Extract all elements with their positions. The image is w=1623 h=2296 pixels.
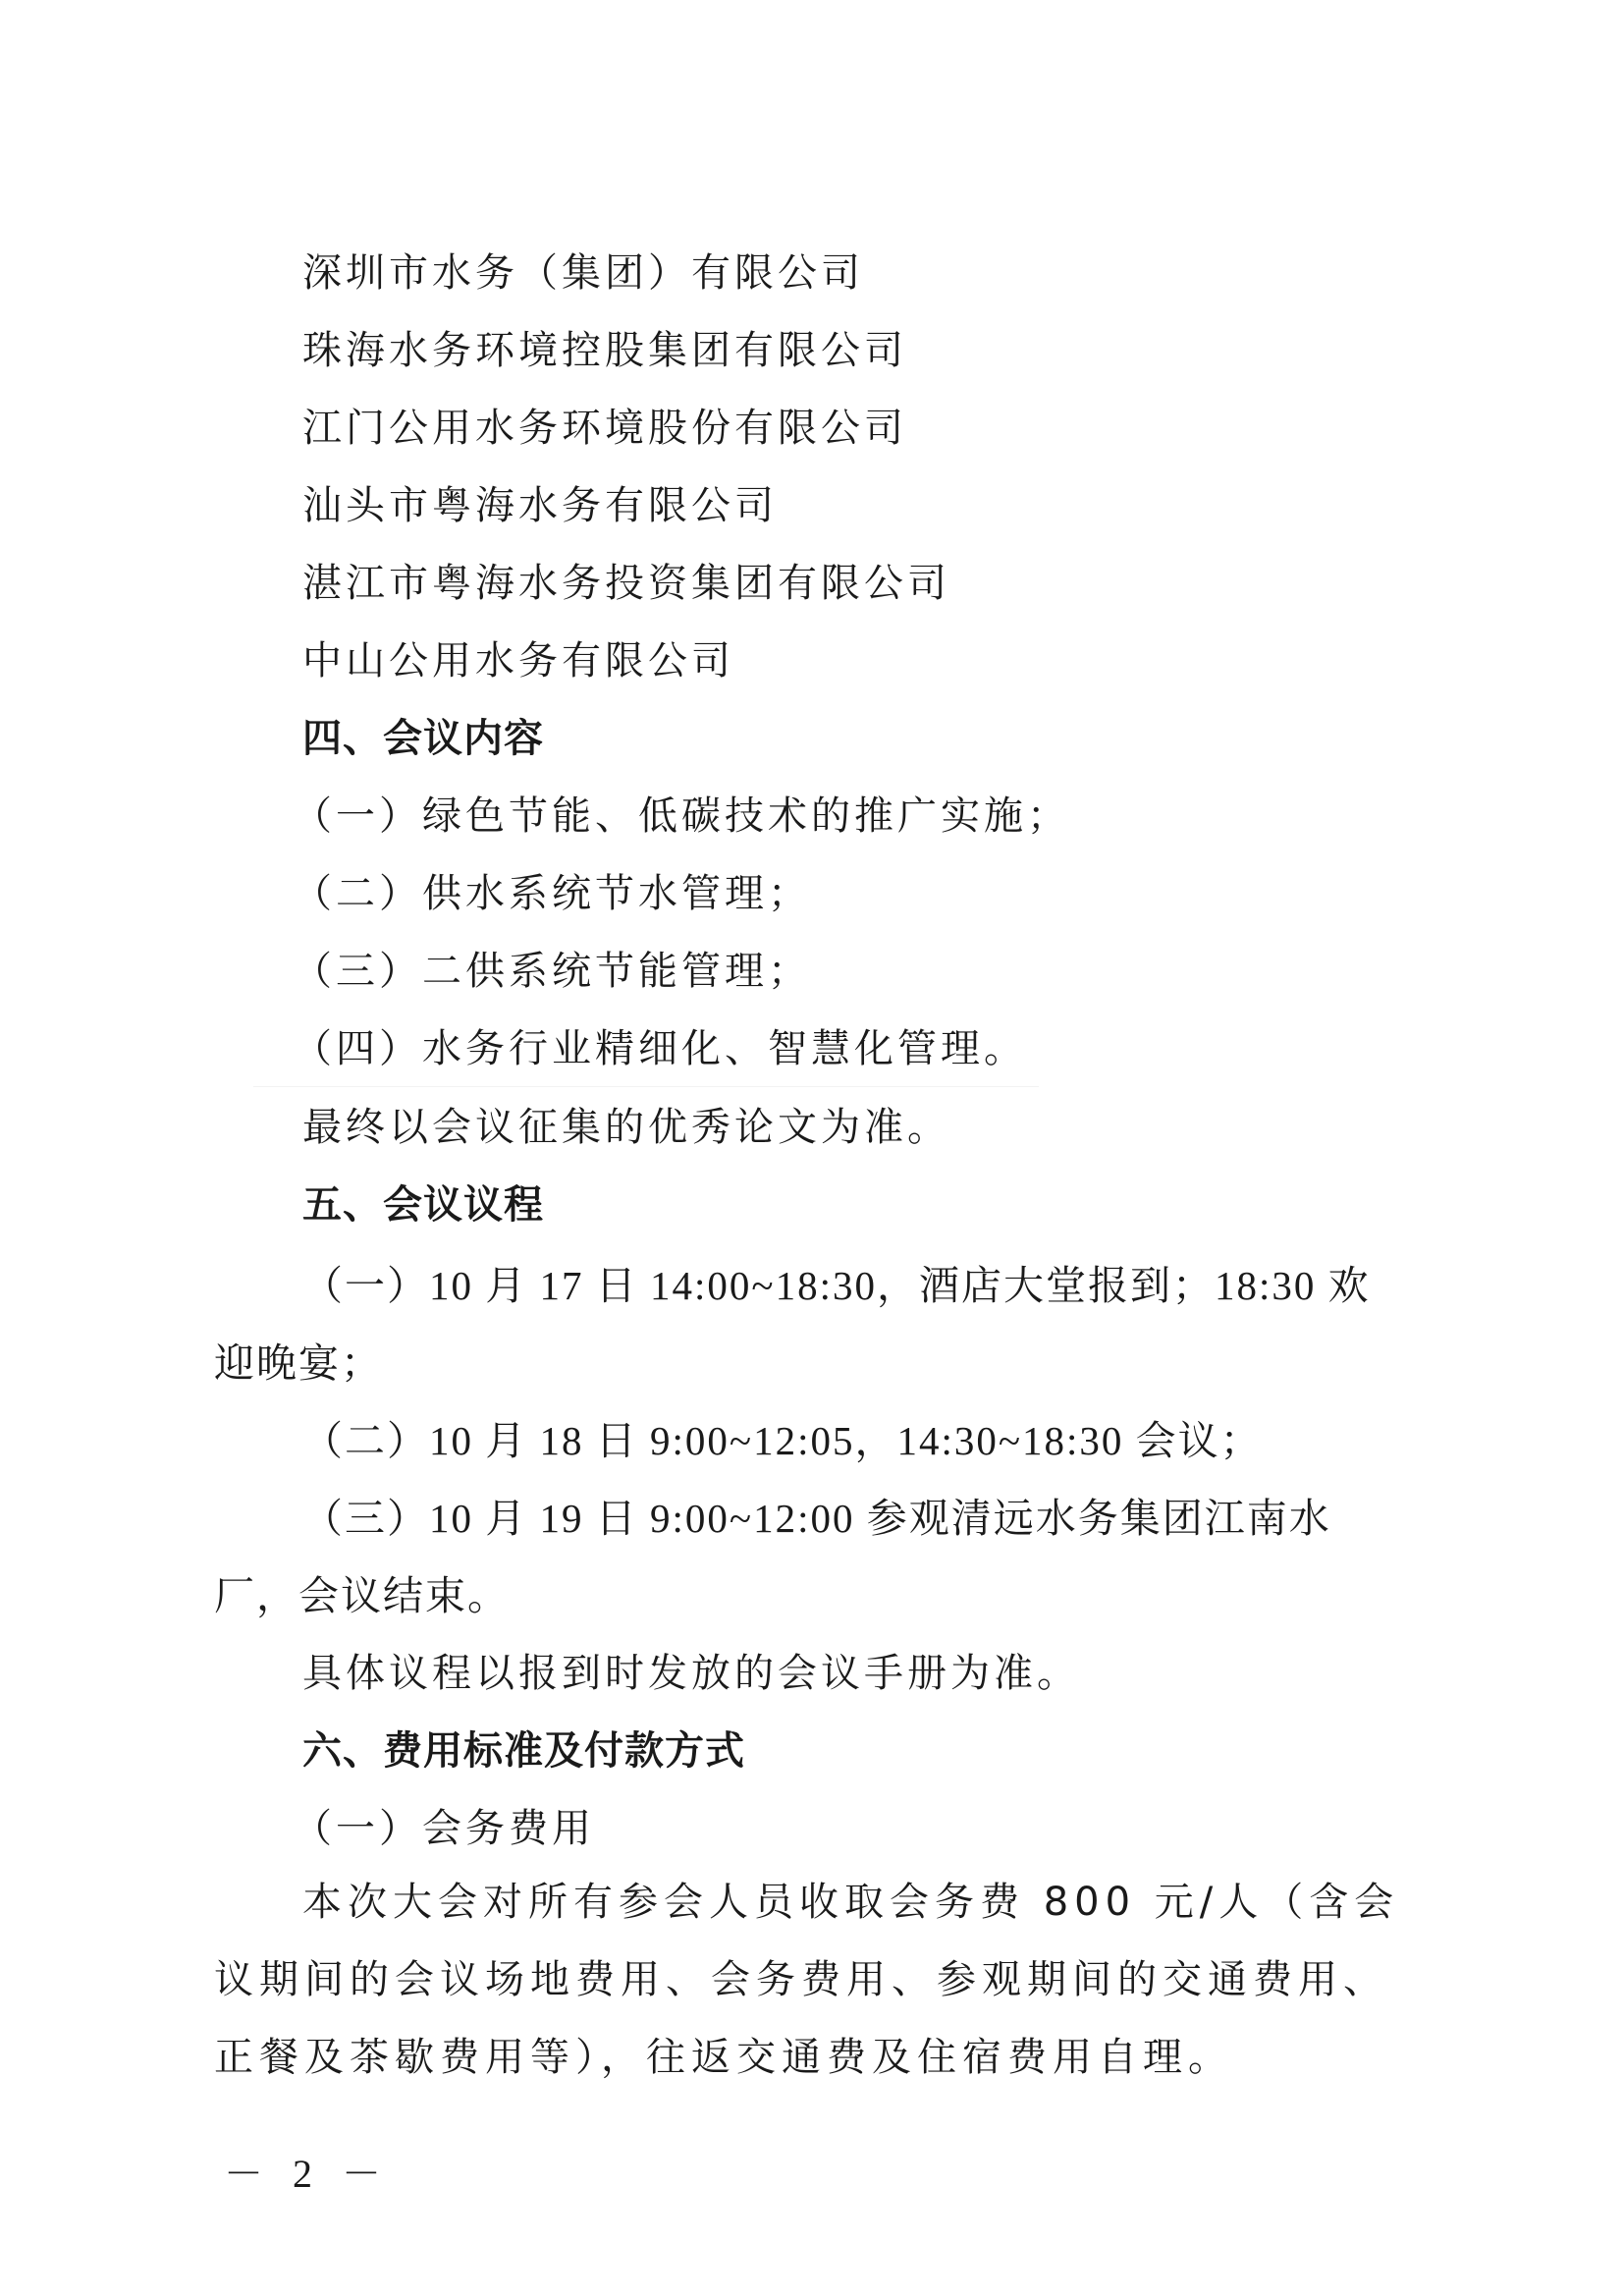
content-item: （四）水务行业精细化、智慧化管理。 — [293, 1021, 1027, 1076]
page-number: － 2 － — [224, 2147, 391, 2202]
organization-line: 江门公用水务环境股份有限公司 — [302, 401, 907, 456]
content-note: 最终以会议征集的优秀论文为准。 — [302, 1100, 950, 1155]
agenda-item: （二）10 月 18 日 9:00~12:05，14:30~18:30 会议； — [214, 1402, 1412, 1480]
agenda-item: （一）10 月 17 日 14:00~18:30，酒店大堂报到；18:30 欢迎… — [214, 1247, 1412, 1402]
content-item: （三）二供系统节能管理； — [293, 944, 811, 999]
fees-subheading: （一）会务费用 — [293, 1801, 595, 1856]
organization-line: 汕头市粤海水务有限公司 — [302, 478, 778, 533]
fees-paragraph: 本次大会对所有参会人员收取会务费 800 元/人（含会议期间的会议场地费用、会务… — [214, 1864, 1412, 2097]
section-heading-fees: 六、费用标准及付款方式 — [302, 1723, 745, 1778]
organization-line: 中山公用水务有限公司 — [302, 633, 734, 688]
organization-line: 珠海水务环境控股集团有限公司 — [302, 323, 907, 378]
organization-line: 深圳市水务（集团）有限公司 — [302, 246, 864, 301]
agenda-item: （三）10 月 19 日 9:00~12:00 参观清远水务集团江南水厂，会议结… — [214, 1480, 1412, 1635]
content-item: （二）供水系统节水管理； — [293, 866, 811, 921]
agenda-note: 具体议程以报到时发放的会议手册为准。 — [302, 1646, 1080, 1701]
scan-artifact-divider — [253, 1086, 1039, 1087]
content-item: （一）绿色节能、低碳技术的推广实施； — [293, 789, 1070, 844]
section-heading-meeting-content: 四、会议内容 — [302, 711, 544, 766]
organization-line: 湛江市粤海水务投资集团有限公司 — [302, 556, 950, 611]
section-heading-agenda: 五、会议议程 — [302, 1177, 544, 1232]
document-page: 深圳市水务（集团）有限公司 珠海水务环境控股集团有限公司 江门公用水务环境股份有… — [0, 0, 1623, 2296]
